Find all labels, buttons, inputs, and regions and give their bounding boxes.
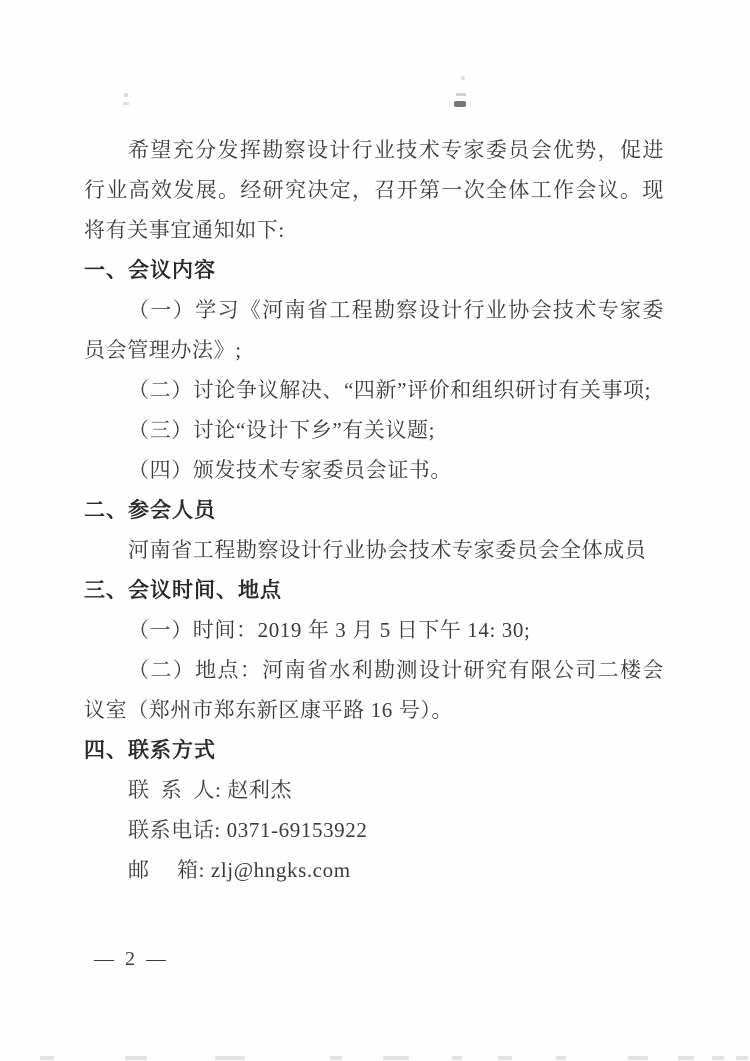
heading-contact: 四、联系方式 — [84, 730, 664, 770]
contact-person: 联 系 人: 赵利杰 — [84, 770, 664, 810]
contact-phone: 联系电话: 0371-69153922 — [84, 810, 664, 850]
scan-artifact — [461, 76, 465, 80]
paragraph-intro: 希望充分发挥勘察设计行业技术专家委员会优势，促进行业高效发展。经研究决定，召开第… — [84, 130, 664, 250]
meeting-time: （一）时间：2019 年 3 月 5 日下午 14: 30; — [84, 610, 664, 650]
scan-artifact — [124, 93, 128, 97]
heading-time-place: 三、会议时间、地点 — [84, 570, 664, 610]
contact-email: 邮 箱: zlj@hngks.com — [84, 850, 664, 890]
scan-artifact — [456, 93, 466, 96]
scan-artifact — [454, 101, 466, 107]
page-number: — 2 — — [94, 948, 169, 971]
meeting-content-item-1: （一）学习《河南省工程勘察设计行业协会技术专家委员会管理办法》; — [84, 290, 664, 370]
heading-participants: 二、参会人员 — [84, 490, 664, 530]
scan-artifact — [123, 102, 129, 105]
meeting-content-item-2: （二）讨论争议解决、“四新”评价和组织研讨有关事项; — [84, 370, 664, 410]
heading-meeting-content: 一、会议内容 — [84, 250, 664, 290]
document-page: 希望充分发挥勘察设计行业技术专家委员会优势，促进行业高效发展。经研究决定，召开第… — [0, 0, 750, 1061]
notice-body: 希望充分发挥勘察设计行业技术专家委员会优势，促进行业高效发展。经研究决定，召开第… — [84, 130, 664, 890]
meeting-place: （二）地点：河南省水利勘测设计研究有限公司二楼会议室（郑州市郑东新区康平路 16… — [84, 650, 664, 730]
meeting-content-item-4: （四）颁发技术专家委员会证书。 — [84, 450, 664, 490]
participants-text: 河南省工程勘察设计行业协会技术专家委员会全体成员 — [84, 530, 664, 570]
meeting-content-item-3: （三）讨论“设计下乡”有关议题; — [84, 410, 664, 450]
